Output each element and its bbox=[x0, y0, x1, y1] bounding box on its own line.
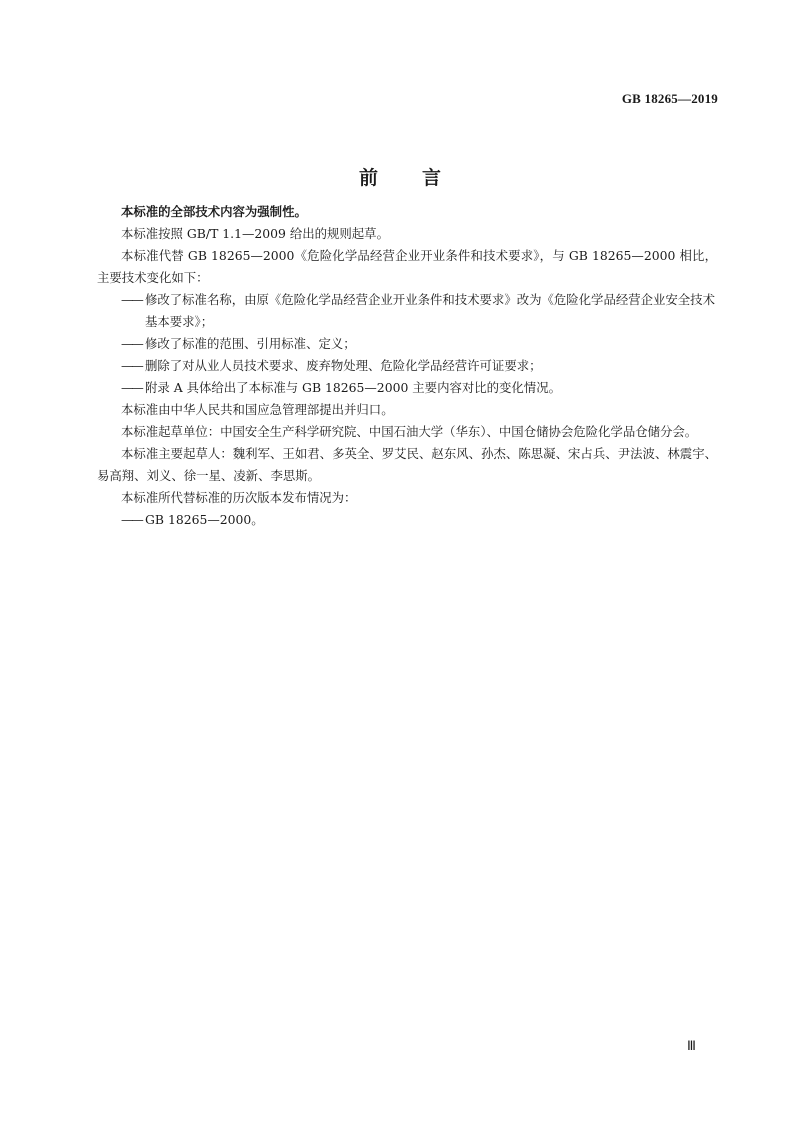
change-item: ——删除了对从业人员技术要求、废弃物处理、危险化学品经营许可证要求； bbox=[97, 355, 717, 377]
history-text: GB 18265—2000。 bbox=[145, 512, 264, 527]
standard-number: GB 18265—2019 bbox=[622, 91, 718, 107]
em-dash: —— bbox=[121, 289, 145, 311]
history-intro-paragraph: 本标准所代替标准的历次版本发布情况为： bbox=[97, 487, 717, 509]
change-text: 修改了标准名称，由原《危险化学品经营企业开业条件和技术要求》改为《危险化学品经营… bbox=[145, 292, 715, 329]
drafters-paragraph: 本标准主要起草人：魏利军、王如君、多英全、罗艾民、赵东风、孙杰、陈思凝、宋占兵、… bbox=[97, 443, 717, 487]
em-dash: —— bbox=[121, 509, 145, 531]
replacement-paragraph: 本标准代替 GB 18265—2000《危险化学品经营企业开业条件和技术要求》，… bbox=[97, 245, 717, 289]
em-dash: —— bbox=[121, 355, 145, 377]
em-dash: —— bbox=[121, 377, 145, 399]
change-text: 修改了标准的范围、引用标准、定义； bbox=[145, 336, 356, 351]
mandatory-statement: 本标准的全部技术内容为强制性。 bbox=[97, 201, 717, 223]
change-item: ——修改了标准的范围、引用标准、定义； bbox=[97, 333, 717, 355]
page-number: Ⅲ bbox=[687, 1038, 696, 1054]
foreword-body: 本标准的全部技术内容为强制性。 本标准按照 GB/T 1.1—2009 给出的规… bbox=[97, 201, 717, 531]
em-dash: —— bbox=[121, 333, 145, 355]
page-title: 前言 bbox=[0, 163, 800, 190]
title-char-2: 言 bbox=[422, 163, 441, 190]
change-text: 附录 A 具体给出了本标准与 GB 18265—2000 主要内容对比的变化情况… bbox=[145, 380, 561, 395]
drafting-rules-paragraph: 本标准按照 GB/T 1.1—2009 给出的规则起草。 bbox=[97, 223, 717, 245]
change-text: 删除了对从业人员技术要求、废弃物处理、危险化学品经营许可证要求； bbox=[145, 358, 542, 373]
title-char-1: 前 bbox=[359, 163, 378, 190]
history-item: ——GB 18265—2000。 bbox=[97, 509, 717, 531]
change-item: ——附录 A 具体给出了本标准与 GB 18265—2000 主要内容对比的变化… bbox=[97, 377, 717, 399]
change-item: ——修改了标准名称，由原《危险化学品经营企业开业条件和技术要求》改为《危险化学品… bbox=[97, 289, 717, 333]
proposer-paragraph: 本标准由中华人民共和国应急管理部提出并归口。 bbox=[97, 399, 717, 421]
drafting-units-paragraph: 本标准起草单位：中国安全生产科学研究院、中国石油大学（华东）、中国仓储协会危险化… bbox=[97, 421, 717, 443]
